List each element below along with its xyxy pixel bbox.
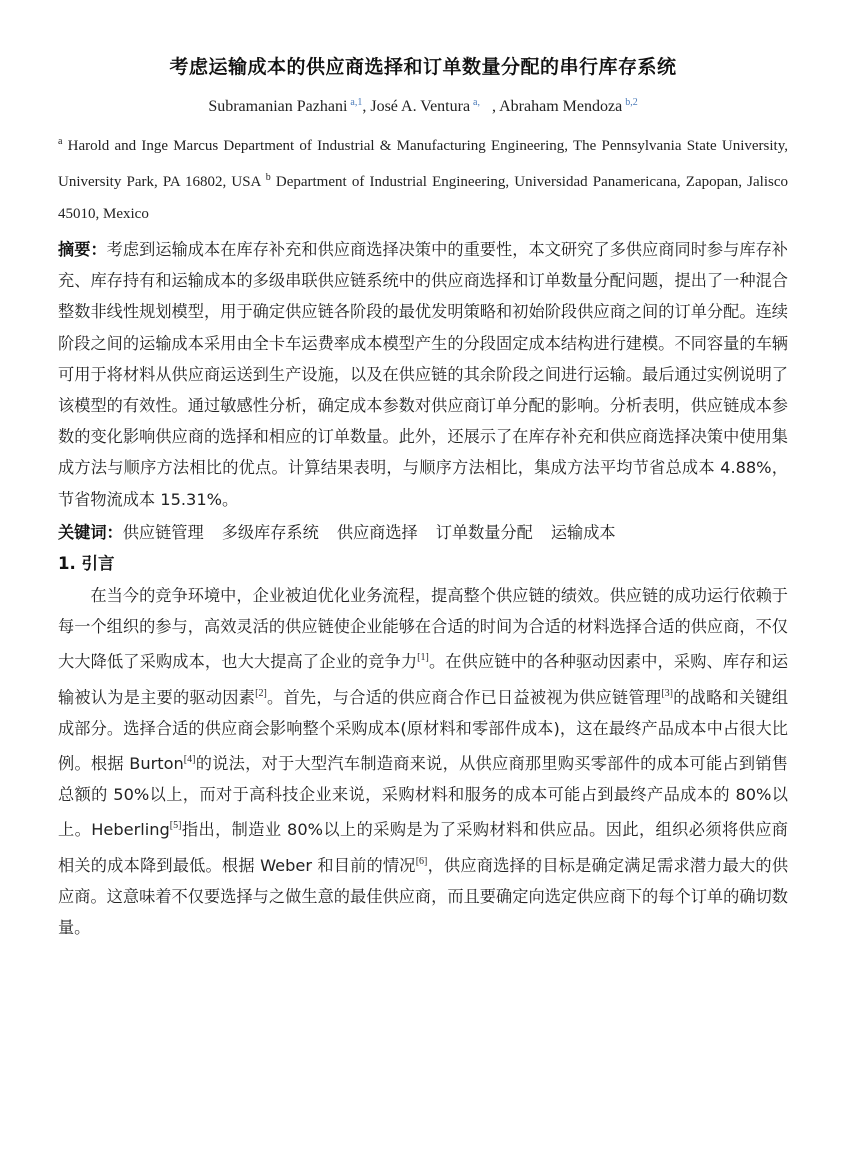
paper-title: 考虑运输成本的供应商选择和订单数量分配的串行库存系统 [58, 52, 788, 82]
citation[interactable]: [3] [661, 688, 673, 699]
body-text: 。首先，与合适的供应商合作已日益被视为供应链管理 [267, 688, 662, 707]
abstract-label: 摘要： [58, 240, 107, 259]
keyword: 多级库存系统 [222, 523, 319, 542]
abstract: 摘要：考虑到运输成本在库存补充和供应商选择决策中的重要性，本文研究了多供应商同时… [58, 234, 788, 515]
citation[interactable]: [1] [417, 652, 429, 663]
body-paragraph: 在当今的竞争环境中，企业被迫优化业务流程，提高整个供应链的绩效。供应链的成功运行… [58, 580, 788, 943]
keyword: 供应链管理 [123, 523, 204, 542]
author-affiliation-marker: b,2 [625, 97, 638, 108]
affiliation-marker: a [58, 136, 62, 147]
author-name: Abraham Mendoza [499, 98, 622, 115]
author-affiliation-marker: a,1 [350, 97, 362, 108]
affiliation-marker: b [266, 172, 271, 183]
author-affiliation-marker: a, [473, 97, 480, 108]
section-heading: 1. 引言 [58, 548, 788, 580]
citation[interactable]: [2] [255, 688, 267, 699]
author-list: Subramanian Pazhania,1, José A. Venturaa… [58, 90, 788, 120]
citation[interactable]: [4] [184, 754, 196, 765]
abstract-text: 考虑到运输成本在库存补充和供应商选择决策中的重要性，本文研究了多供应商同时参与库… [58, 240, 788, 509]
keyword: 运输成本 [551, 523, 616, 542]
author-name: Subramanian Pazhani [208, 98, 347, 115]
author-name: José A. Ventura [370, 98, 470, 115]
paper-page: 考虑运输成本的供应商选择和订单数量分配的串行库存系统 Subramanian P… [58, 52, 788, 943]
keywords-label: 关键词： [58, 523, 123, 542]
keyword: 供应商选择 [337, 523, 418, 542]
citation[interactable]: [5] [170, 820, 182, 831]
keywords: 关键词：供应链管理多级库存系统供应商选择订单数量分配运输成本 [58, 517, 788, 548]
citation[interactable]: [6] [416, 856, 428, 867]
keyword: 订单数量分配 [436, 523, 533, 542]
affiliations: a Harold and Inge Marcus Department of I… [58, 126, 788, 230]
